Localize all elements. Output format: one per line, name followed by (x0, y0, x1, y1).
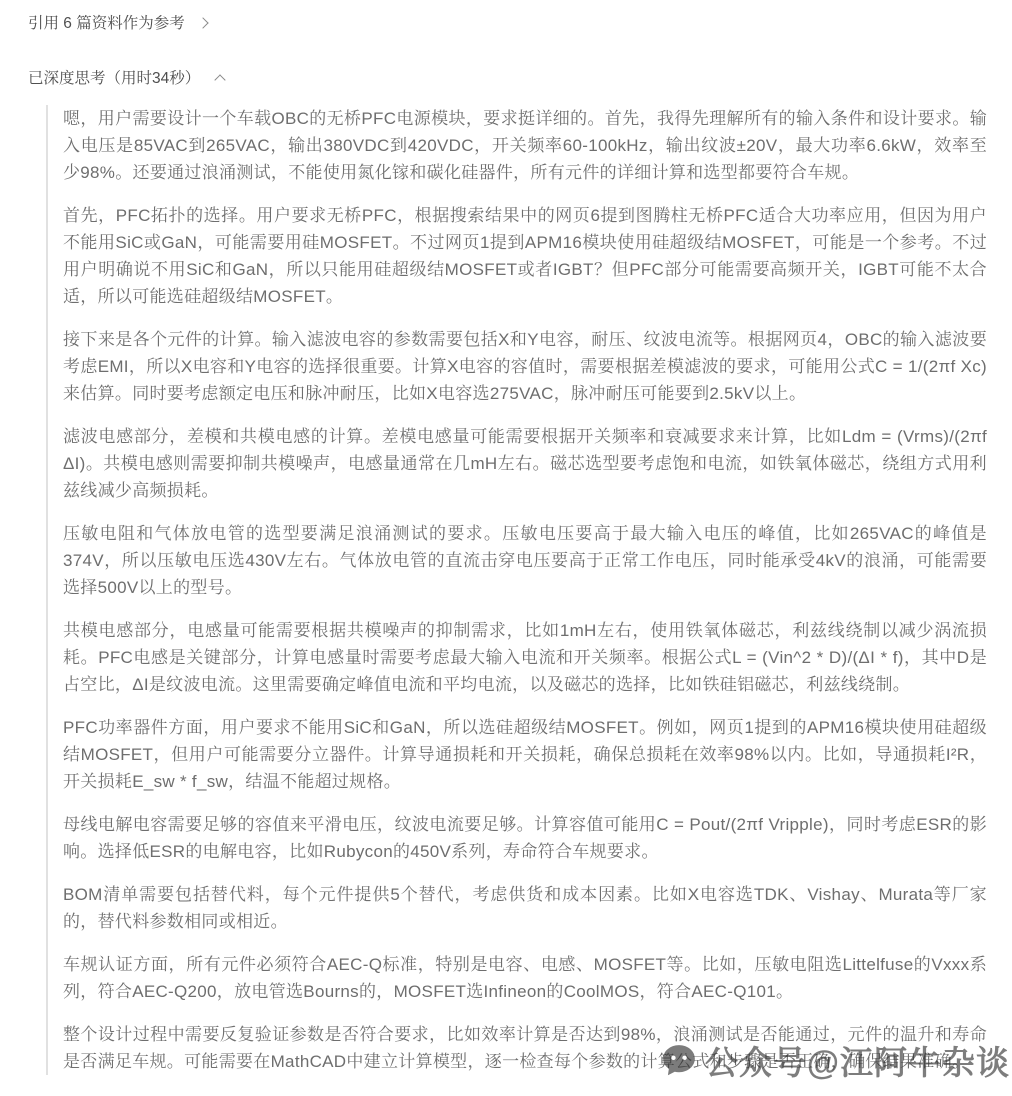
thinking-content: 嗯，用户需要设计一个车载OBC的无桥PFC电源模块，要求挺详细的。首先，我得先理… (46, 105, 987, 1075)
ai-thinking-panel: 引用 6 篇资料作为参考 已深度思考（用时34秒） 嗯，用户需要设计一个车载OB… (0, 0, 1012, 1096)
thinking-paragraph: 嗯，用户需要设计一个车载OBC的无桥PFC电源模块，要求挺详细的。首先，我得先理… (63, 105, 987, 186)
thinking-paragraph: 压敏电阻和气体放电管的选型要满足浪涌测试的要求。压敏电压要高于最大输入电压的峰值… (63, 520, 987, 601)
thinking-status-label: 已深度思考（用时34秒） (28, 66, 200, 88)
citations-label: 引用 6 篇资料作为参考 (28, 11, 185, 33)
thinking-paragraph: 滤波电感部分，差模和共模电感的计算。差模电感量可能需要根据开关频率和衰减要求来计… (63, 423, 987, 504)
thinking-paragraph: 车规认证方面，所有元件必须符合AEC-Q标准，特别是电容、电感、MOSFET等。… (63, 951, 987, 1005)
thinking-paragraph: 共模电感部分，电感量可能需要根据共模噪声的抑制需求，比如1mH左右，使用铁氧体磁… (63, 617, 987, 698)
thinking-collapse-toggle[interactable]: 已深度思考（用时34秒） (28, 66, 224, 88)
citations-toggle[interactable]: 引用 6 篇资料作为参考 (0, 0, 207, 33)
thinking-paragraph: PFC功率器件方面，用户要求不能用SiC和GaN，所以选硅超级结MOSFET。例… (63, 714, 987, 795)
thinking-paragraph: 母线电解电容需要足够的容值来平滑电压，纹波电流要足够。计算容值可能用C = Po… (63, 811, 987, 865)
thinking-paragraph: BOM清单需要包括替代料，每个元件提供5个替代，考虑供货和成本因素。比如X电容选… (63, 881, 987, 935)
thinking-paragraph: 接下来是各个元件的计算。输入滤波电容的参数需要包括X和Y电容，耐压、纹波电流等。… (63, 326, 987, 407)
chevron-right-icon (197, 17, 208, 28)
thinking-paragraph: 整个设计过程中需要反复验证参数是否符合要求，比如效率计算是否达到98%，浪涌测试… (63, 1021, 987, 1075)
thinking-paragraph: 首先，PFC拓扑的选择。用户要求无桥PFC，根据搜索结果中的网页6提到图腾柱无桥… (63, 202, 987, 310)
chevron-up-icon (215, 74, 226, 85)
